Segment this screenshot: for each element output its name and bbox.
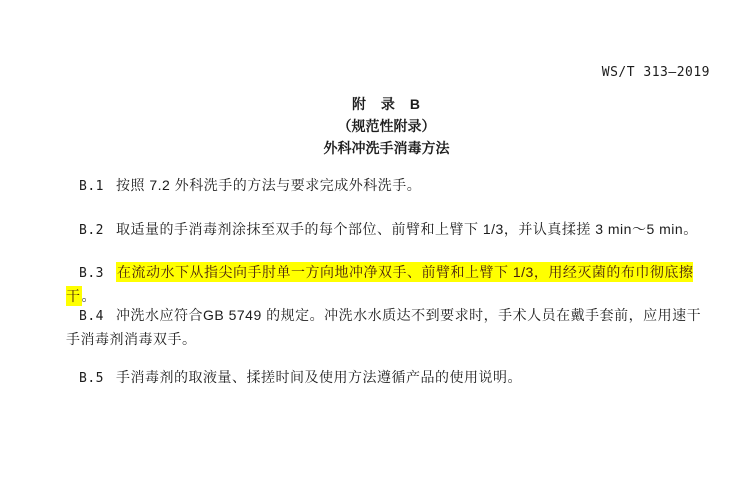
clause-b1-label: B.1 bbox=[79, 175, 104, 198]
appendix-title-block: 附 录 B （规范性附录） 外科冲洗手消毒方法 bbox=[66, 93, 707, 159]
clause-b2-label: B.2 bbox=[79, 219, 104, 242]
clause-b4-label: B.4 bbox=[79, 305, 104, 328]
document-page: WS/T 313—2019 附 录 B （规范性附录） 外科冲洗手消毒方法 B.… bbox=[0, 0, 752, 492]
clause-b2-text: 取适量的手消毒剂涂抹至双手的每个部位、前臂和上臂下 1/3，并认真揉搓 3 mi… bbox=[116, 221, 698, 237]
clause-b2: B.2取适量的手消毒剂涂抹至双手的每个部位、前臂和上臂下 1/3，并认真揉搓 3… bbox=[66, 218, 711, 242]
clause-b1-text: 按照 7.2 外科洗手的方法与要求完成外科洗手。 bbox=[116, 177, 421, 193]
clause-b4-text: 冲洗水应符合GB 5749 的规定。冲洗水水质达不到要求时，手术人员在戴手套前，… bbox=[66, 307, 701, 347]
clause-b3-period: 。 bbox=[82, 288, 97, 304]
appendix-title: 外科冲洗手消毒方法 bbox=[66, 137, 707, 159]
clause-b5: B.5手消毒剂的取液量、揉搓时间及使用方法遵循产品的使用说明。 bbox=[66, 366, 711, 390]
clause-b5-text: 手消毒剂的取液量、揉搓时间及使用方法遵循产品的使用说明。 bbox=[116, 369, 522, 385]
standard-code-header: WS/T 313—2019 bbox=[602, 65, 710, 80]
clause-b3-highlighted-text: 在流动水下从指尖向手肘单一方向地冲净双手、前臂和上臂下 1/3，用经灭菌的布巾彻… bbox=[66, 262, 693, 306]
clause-b1: B.1按照 7.2 外科洗手的方法与要求完成外科洗手。 bbox=[66, 174, 711, 198]
clause-b4: B.4冲洗水应符合GB 5749 的规定。冲洗水水质达不到要求时，手术人员在戴手… bbox=[66, 304, 711, 351]
appendix-id: 附 录 B bbox=[66, 93, 707, 115]
clause-b5-label: B.5 bbox=[79, 367, 104, 390]
appendix-type: （规范性附录） bbox=[66, 115, 707, 137]
clause-b3-label: B.3 bbox=[79, 262, 104, 285]
clause-b3: B.3在流动水下从指尖向手肘单一方向地冲净双手、前臂和上臂下 1/3，用经灭菌的… bbox=[66, 261, 711, 308]
